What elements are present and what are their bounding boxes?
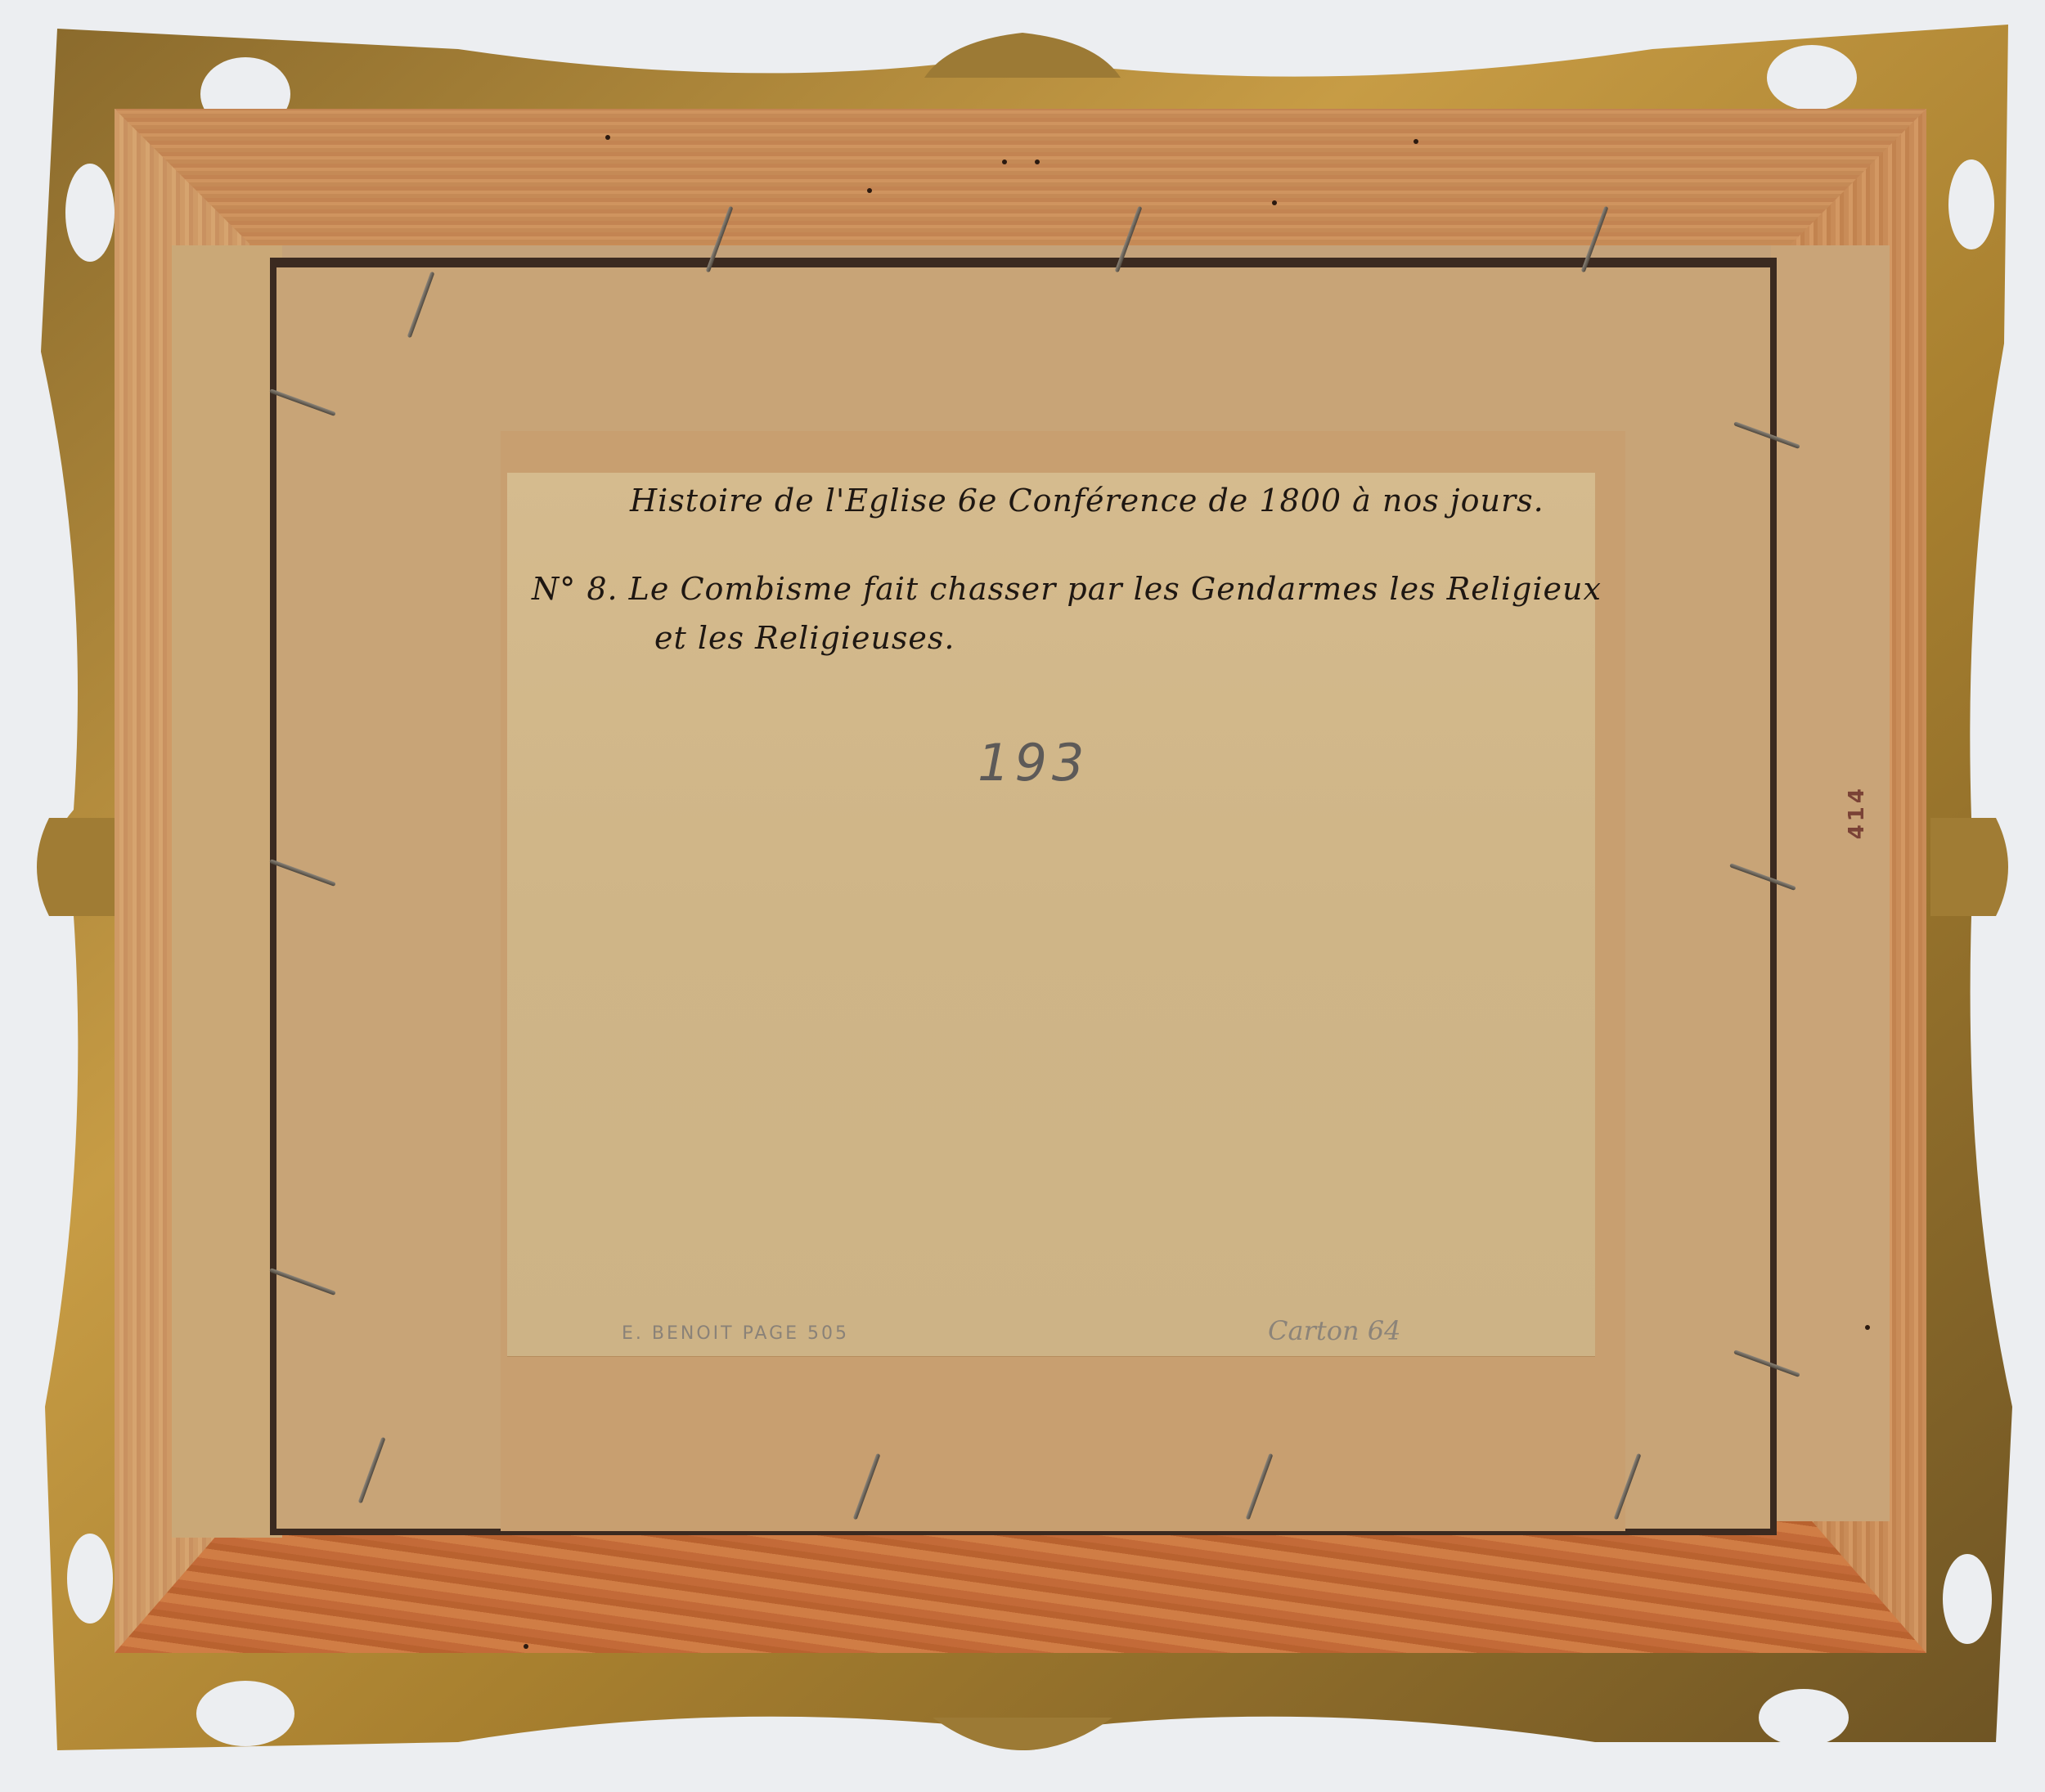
nail-hole: [867, 188, 872, 193]
nail-hole: [1035, 159, 1040, 164]
nail-hole: [1414, 139, 1418, 144]
inventory-number: 193: [978, 733, 1089, 793]
nail-hole: [1002, 159, 1007, 164]
nail-hole: [1865, 1325, 1870, 1330]
nail-hole: [605, 135, 610, 140]
label-title-line: Histoire de l'Eglise 6e Conférence de 18…: [630, 483, 1544, 519]
nail-hole: [524, 1644, 528, 1649]
paper-tape-left: [172, 245, 282, 1538]
nail-hole: [1272, 200, 1277, 205]
label-description-line-2: et les Religieuses.: [654, 620, 955, 656]
frame-crayon-mark: 414: [1845, 785, 1869, 839]
handwritten-label: Histoire de l'Eglise 6e Conférence de 18…: [507, 473, 1595, 1356]
carton-note: Carton 64: [1268, 1315, 1400, 1346]
label-description-line: N° 8. Le Combisme fait chasser par les G…: [532, 571, 1602, 607]
publisher-stamp: E. BENOIT PAGE 505: [622, 1323, 849, 1344]
top-rail: [115, 109, 1926, 244]
